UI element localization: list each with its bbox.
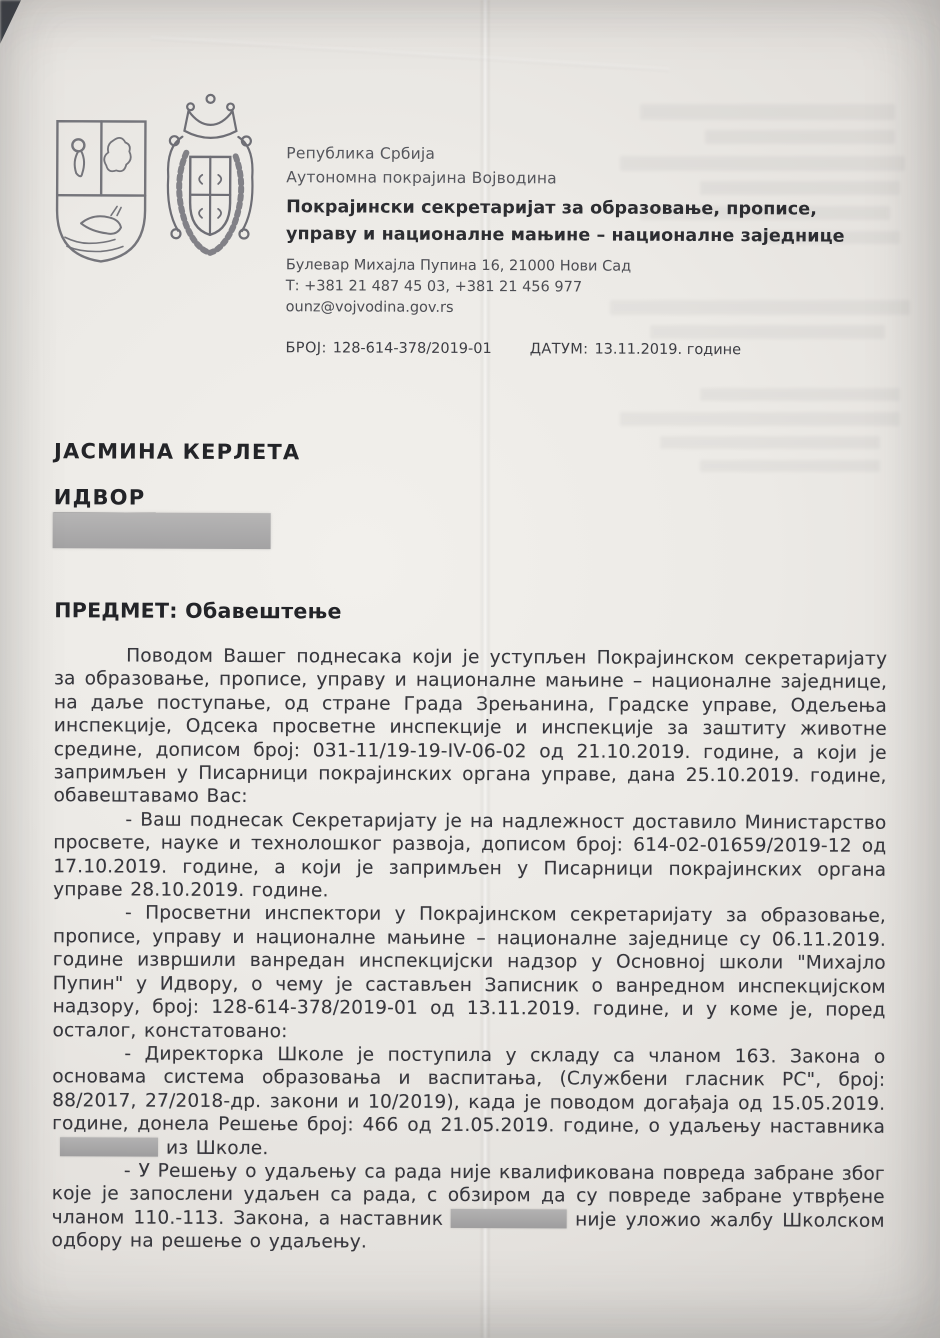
vojvodina-crowned-serbian-cross-emblem-icon [152, 91, 269, 272]
ref-number-label: БРОЈ: [285, 340, 326, 356]
paragraph-decision-text-after: из Школе. [166, 1137, 269, 1158]
paragraph-inspection: - Просветни инспектори у Покрајинском се… [52, 902, 886, 1046]
paragraph-submission: - Ваш поднесак Секретаријату је на надле… [53, 808, 886, 905]
letterhead-province: Аутономна покрајина Војводина [286, 170, 886, 188]
paragraph-intro: Поводом Вашег поднесака који је уступљен… [53, 644, 887, 811]
paragraph-decision-text-before: - Директорка Школе је поступила у складу… [52, 1043, 885, 1138]
subject-line: ПРЕДМЕТ: Обавештење [54, 598, 341, 623]
letterhead: Република Србија Аутономна покрајина Вој… [285, 146, 886, 372]
letterhead-org-line1: Покрајински секретаријат за образовање, … [286, 199, 886, 219]
letterhead-org-line2: управу и националне мањине – националне … [286, 226, 886, 246]
letterhead-address: Булевар Михајла Пупина 16, 21000 Нови Са… [286, 258, 886, 275]
letterhead-email: ounz@vojvodina.gov.rs [286, 300, 886, 317]
redacted-name-box [60, 1137, 158, 1156]
redacted-address-box [53, 512, 271, 549]
recipient-place: ИДВОР [54, 485, 156, 515]
letterhead-country: Република Србија [286, 146, 886, 164]
letter-body: Поводом Вашег поднесака који је уступљен… [52, 644, 888, 1256]
redacted-name-box [451, 1209, 567, 1229]
letterhead-phone: Т: +381 21 487 45 03, +381 21 456 977 [286, 279, 886, 296]
scanned-letter-page: Република Србија Аутономна покрајина Вој… [0, 0, 940, 1338]
date-label: ДАТУМ: [530, 341, 589, 357]
paragraph-decision: - Директорка Школе је поступила у складу… [52, 1042, 886, 1163]
paragraph-removal: - У Решењу о удаљењу са рада није квалиф… [52, 1159, 885, 1256]
reference-row: БРОЈ:128-614-378/2019-01ДАТУМ:13.11.2019… [285, 341, 885, 358]
recipient-name: ЈАСМИНА КЕРЛЕТА [54, 439, 300, 464]
vojvodina-traditional-coat-of-arms-icon [51, 115, 152, 265]
date-value: 13.11.2019. године [594, 341, 741, 358]
ref-number-value: 128-614-378/2019-01 [333, 340, 492, 357]
